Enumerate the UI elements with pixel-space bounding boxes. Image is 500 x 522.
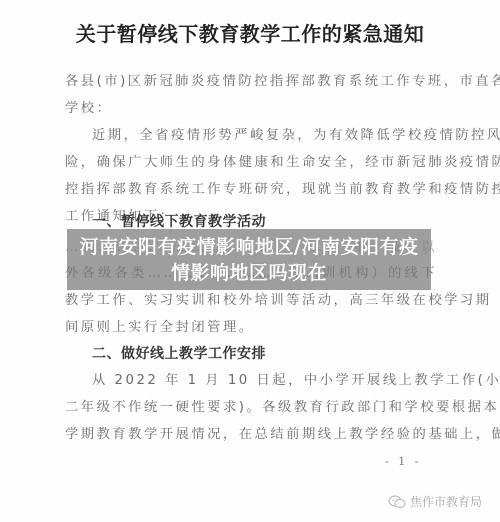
source-watermark: 焦作市教育局 (388, 493, 482, 510)
body-line: 近期，全省疫情形势严峻复杂，为有效降低学校疫情防控风 (92, 128, 437, 144)
watermark-source: 焦作市教育局 (410, 493, 482, 510)
document-page: 关于暂停线下教育教学工作的紧急通知 各县(市)区新冠肺炎疫情防控指挥部教育系统工… (0, 0, 500, 522)
body-line: 从 2022 年 1 月 10 日起，中小学开展线上教学工作(小学一、 (92, 373, 437, 389)
caption-text: 河南安阳有疫情影响地区/河南安阳有疫情影响地区吗现在 (79, 234, 419, 286)
body-line: 各县(市)区新冠肺炎疫情防控指挥部教育系统工作专班，市直各 (65, 74, 437, 90)
body-line: 学校： (65, 101, 437, 117)
body-line: 教学工作、实习实训和校外培训等活动，高三年级在校学习期 (65, 293, 437, 309)
caption-overlay: 河南安阳有疫情影响地区/河南安阳有疫情影响地区吗现在 (67, 229, 431, 290)
body-line: 险，确保广大师生的身体健康和生命安全，经市新冠肺炎疫情防 (65, 155, 437, 171)
wechat-icon (388, 495, 406, 509)
document-title: 关于暂停线下教育教学工作的紧急通知 (0, 18, 500, 47)
section-heading-2: 二、做好线上教学工作安排 (92, 346, 464, 362)
body-line: 学期教育教学开展情况，在总结前期线上教学经验的基础上，做 (65, 427, 437, 443)
body-line: 控指挥部教育系统工作专班研究，现就当前教育教学和疫情防控 (65, 182, 437, 198)
section-heading-1: 一、暂停线下教育教学活动 (92, 214, 464, 230)
body-line: 二年级不作统一硬性要求)。各级教育行政部门和学校要根据本 (65, 400, 437, 416)
page-number: - 1 - (385, 455, 421, 468)
body-line: 间原则上实行全封闭管理。 (65, 320, 437, 336)
